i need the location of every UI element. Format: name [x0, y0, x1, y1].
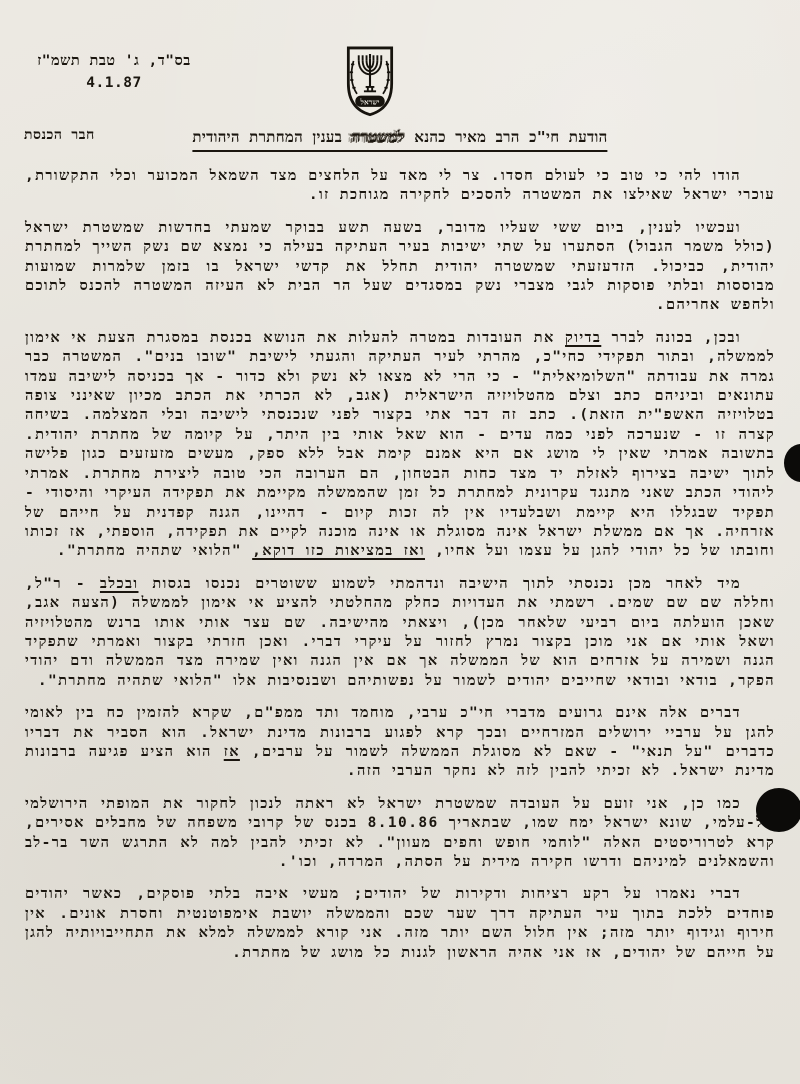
hebrew-date: בס"ד, ג' טבת תשמ"ז	[28, 50, 200, 72]
numeric-date: 4.1.87	[28, 72, 200, 94]
scanned-letter-page: בס"ד, ג' טבת תשמ"ז 4.1.87 ישראל חבר הכ	[0, 0, 800, 1084]
paragraph: ובכן, בכונה לברר בדיוק את העובדות במטרה …	[25, 329, 775, 562]
document-title: הודעת חי"כ הרב מאיר כהנא למשטרה בענין המ…	[192, 128, 607, 152]
paragraph-run-text: "הלואי שתהיה מחתרת".	[57, 543, 252, 559]
paragraph-run-text: הודו להי כי טוב כי לעולם חסדו. צר לי מאד…	[25, 168, 775, 203]
paragraph: מיד לאחר מכן נכנסתי לתוך הישיבה ונדהמתי …	[25, 575, 775, 691]
paragraph: ועכשיו לענין, ביום ששי שעליו מדובר, בשעה…	[25, 219, 775, 316]
title-run-text: הודעת חי"כ הרב מאיר כהנא	[405, 128, 608, 146]
title-run-text: בענין המחתרת היהודית	[192, 128, 351, 146]
body-paragraphs: הודו להי כי טוב כי לעולם חסדו. צר לי מאד…	[25, 167, 775, 976]
paragraph-run-text: ובכן, בכונה לברר	[601, 330, 741, 346]
paragraph-run-underlined: אז	[224, 744, 240, 760]
israel-state-emblem-icon: ישראל	[344, 42, 396, 118]
paragraph-run-underlined: ובכלב	[100, 576, 139, 592]
paragraph-run-text: דברי נאמרו על רקע רציחות ודקירות של יהוד…	[25, 886, 775, 960]
paragraph: כמו כן, אני זועם על העובדה שמשטרת ישראל …	[25, 795, 775, 873]
title-run-overstruck: למשטרה	[352, 128, 405, 146]
paragraph-run-text: מיד לאחר מכן נכנסתי לתוך הישיבה ונדהמתי …	[138, 576, 741, 592]
ink-blob-artifact	[784, 444, 800, 482]
dateline: בס"ד, ג' טבת תשמ"ז 4.1.87	[28, 50, 200, 94]
paragraph: דברים אלה אינם גרועים מדברי חי"כ ערבי, מ…	[25, 704, 775, 782]
member-of-knesset-label: חבר הכנסת	[24, 127, 95, 144]
paragraph-run-underlined: בדיוק	[565, 330, 601, 346]
paragraph-run-text: ועכשיו לענין, ביום ששי שעליו מדובר, בשעה…	[25, 220, 775, 314]
paragraph-run-text: את העובדות במטרה להעלות את הנושא בכנסת ב…	[25, 330, 775, 559]
ink-blob-artifact	[756, 788, 800, 832]
emblem-label: ישראל	[360, 97, 380, 106]
paragraph-run-text: כמו כן, אני זועם על העובדה שמשטרת ישראל …	[25, 796, 775, 870]
paragraph: הודו להי כי טוב כי לעולם חסדו. צר לי מאד…	[25, 167, 775, 206]
paragraph-run-underlined: ואז במציאות כזו דוקא,	[252, 543, 425, 559]
paragraph-run-text: - ר"ל, וחללה שם שם שמים. רשמתי את העדויו…	[25, 576, 775, 689]
paragraph: דברי נאמרו על רקע רציחות ודקירות של יהוד…	[25, 885, 775, 963]
